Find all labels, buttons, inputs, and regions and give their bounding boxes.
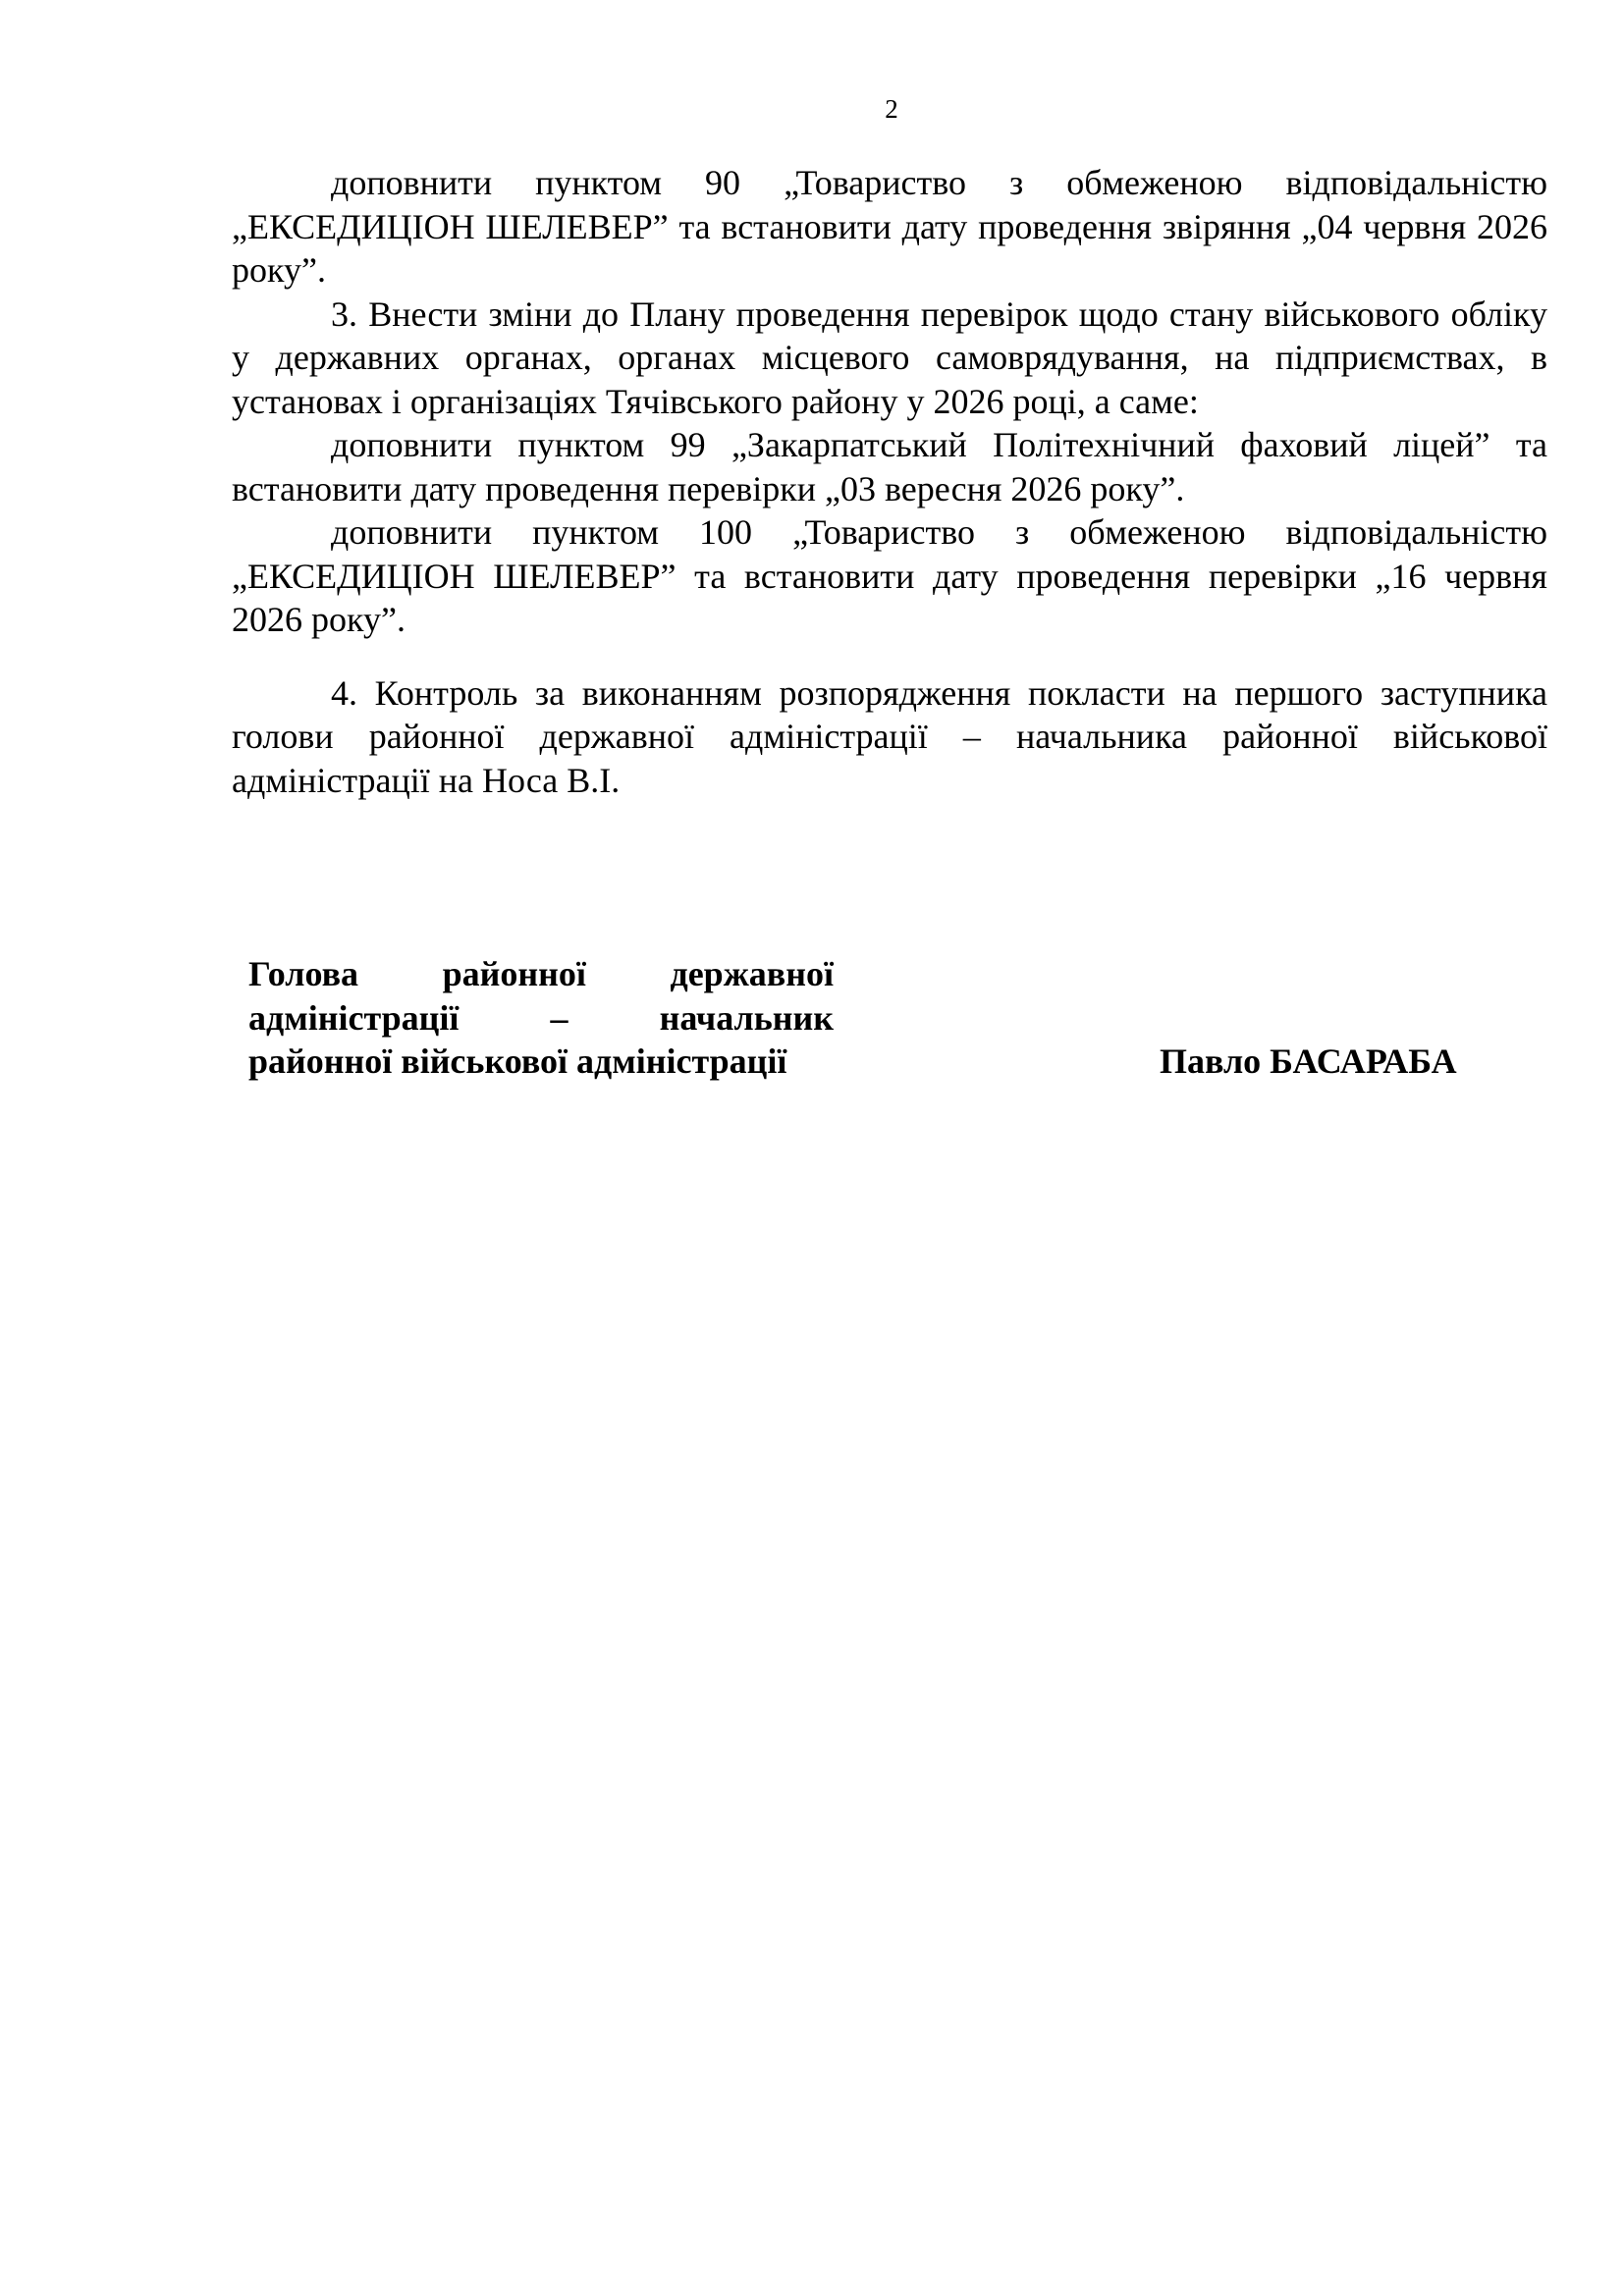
paragraph-section-4: 4. Контроль за виконанням розпорядження … [232, 671, 1547, 803]
paragraph-section-3: 3. Внести зміни до Плану проведення пере… [232, 293, 1547, 424]
document-body: доповнити пунктом 90 „Товариство з обмеж… [232, 161, 1547, 802]
page-number: 2 [0, 94, 1624, 124]
signatory-position-line: адміністрації – начальник [248, 996, 834, 1041]
document-page: 2 доповнити пунктом 90 „Товариство з обм… [0, 0, 1624, 2296]
signatory-position-line: районної військової адміністрації [248, 1040, 834, 1084]
signatory-position-line: Голова районної державної [248, 952, 834, 996]
signatory-name: Павло БАСАРАБА [1160, 1040, 1457, 1084]
signatory-position: Голова районної державної адміністрації … [248, 952, 834, 1084]
paragraph-spacer [232, 642, 1547, 671]
paragraph-item-100: доповнити пунктом 100 „Товариство з обме… [232, 510, 1547, 642]
paragraph-item-90: доповнити пунктом 90 „Товариство з обмеж… [232, 161, 1547, 293]
paragraph-item-99: доповнити пунктом 99 „Закарпатський Полі… [232, 423, 1547, 510]
